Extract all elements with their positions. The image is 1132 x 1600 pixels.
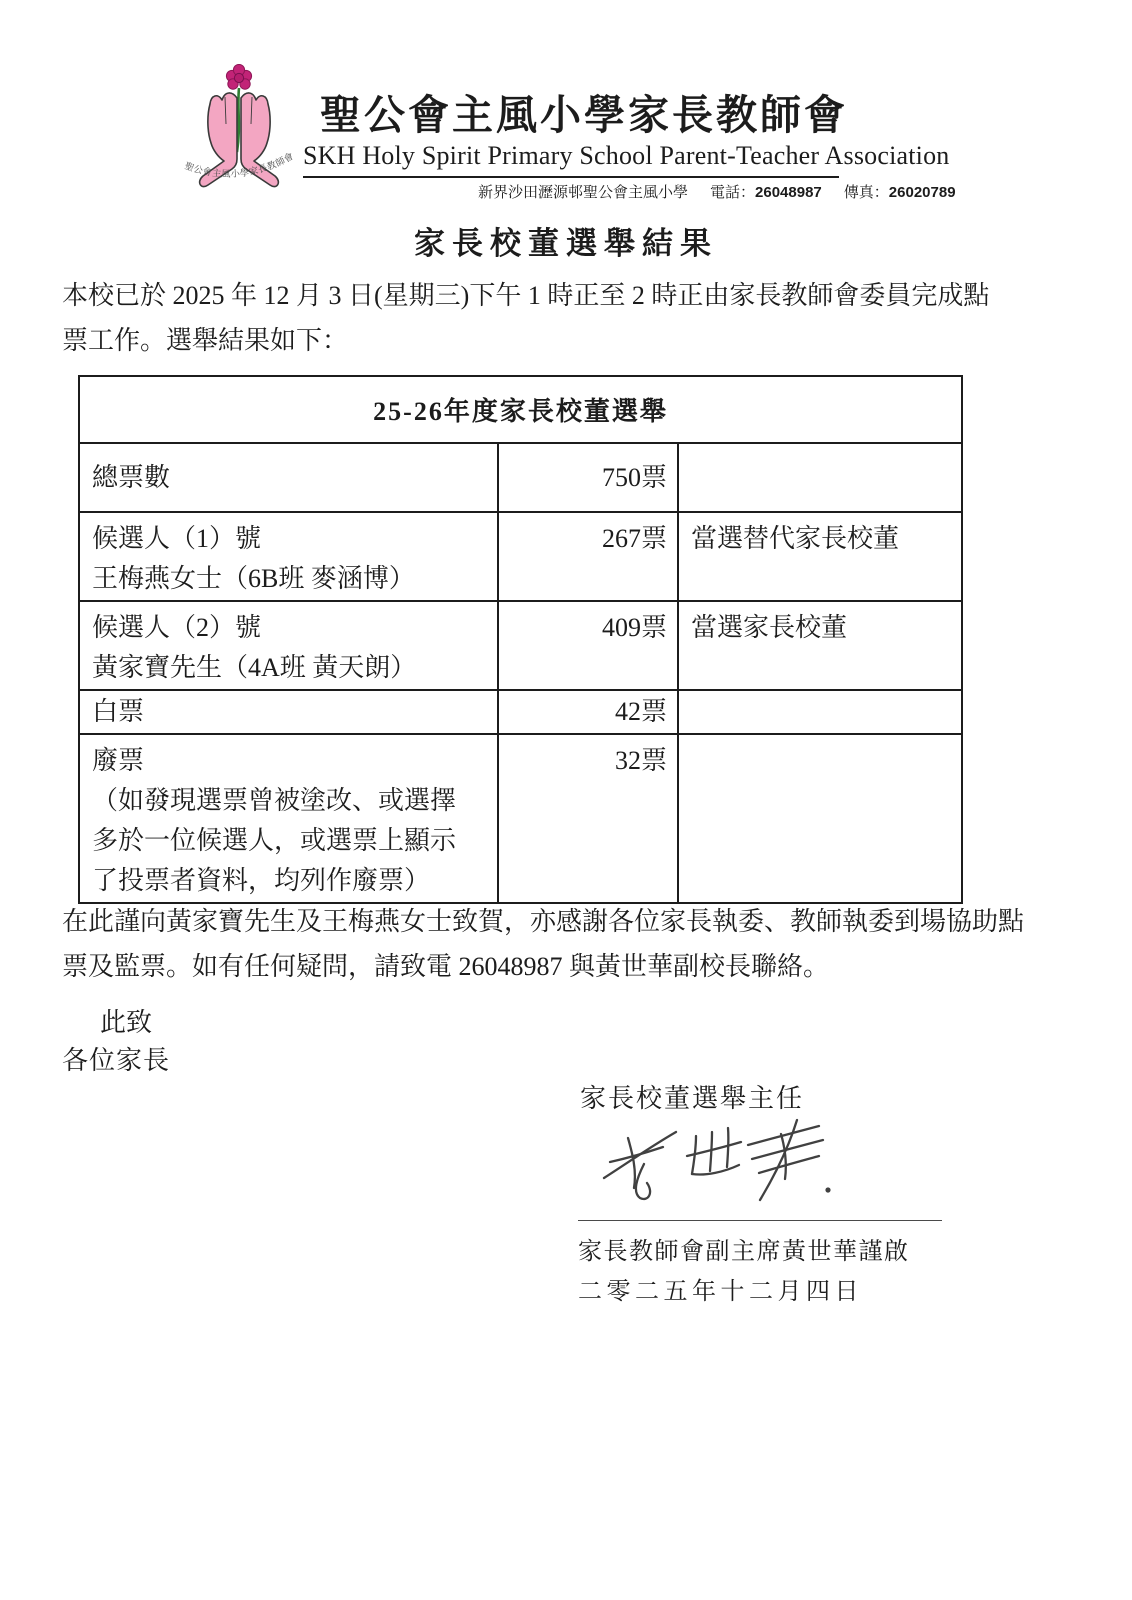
row-label: 白票: [79, 690, 498, 734]
row-votes: 42票: [498, 690, 678, 734]
candidate-name: 王梅燕女士（6B班 麥涵博）: [92, 559, 496, 599]
intro-line-2: 票工作。選舉結果如下：: [62, 318, 1072, 363]
table-row-candidate-2: 候選人（2）號 黃家寶先生（4A班 黃天朗） 409票 當選家長校董: [79, 601, 962, 690]
signature-title: 家長校董選舉主任: [580, 1078, 804, 1115]
election-results-table: 25-26年度家長校董選舉 總票數 750票 候選人（1）號 王梅燕女士（6B班…: [78, 375, 963, 904]
intro-paragraph: 本校已於 2025 年 12 月 3 日(星期三)下午 1 時正至 2 時正由家…: [62, 273, 1072, 363]
table-row-void-votes: 廢票 （如發現選票曾被塗改、或選擇 多於一位候選人，或選票上顯示 了投票者資料，…: [79, 734, 962, 903]
row-label: 總票數: [79, 443, 498, 512]
candidate-name: 黃家寶先生（4A班 黃天朗）: [92, 648, 496, 688]
row-votes: 267票: [498, 512, 678, 601]
void-votes-note-2: 多於一位候選人，或選票上顯示: [92, 821, 496, 861]
row-label: 候選人（2）號 黃家寶先生（4A班 黃天朗）: [79, 601, 498, 690]
org-name-en-underline: SKH Holy Spirit Primary School Parent-Te…: [303, 141, 839, 178]
addressee: 各位家長: [62, 1040, 170, 1077]
letter-date: 二零二五年十二月四日: [578, 1271, 863, 1306]
row-result: 當選替代家長校董: [678, 512, 962, 601]
table-header-row: 25-26年度家長校董選舉: [79, 376, 962, 443]
closing-paragraph: 在此謹向黃家寶先生及王梅燕女士致賀，亦感謝各位家長執委、教師執委到場協助點 票及…: [62, 899, 1072, 989]
handwritten-signature: [590, 1114, 842, 1212]
salute: 此致: [100, 1002, 152, 1039]
row-votes: 409票: [498, 601, 678, 690]
table-row-blank-votes: 白票 42票: [79, 690, 962, 734]
intro-line-1: 本校已於 2025 年 12 月 3 日(星期三)下午 1 時正至 2 時正由家…: [62, 273, 1072, 318]
fax-label: 傳真：: [844, 181, 889, 202]
row-label: 候選人（1）號 王梅燕女士（6B班 麥涵博）: [79, 512, 498, 601]
row-result: [678, 690, 962, 734]
address-contact-line: 新界沙田瀝源邨聖公會主風小學 電話： 26048987 傳真： 26020789: [478, 181, 956, 202]
void-votes-note-3: 了投票者資料，均列作廢票）: [92, 861, 496, 901]
tel-number: 26048987: [755, 184, 822, 201]
org-name-en: SKH Holy Spirit Primary School Parent-Te…: [303, 141, 949, 170]
table-row-candidate-1: 候選人（1）號 王梅燕女士（6B班 麥涵博） 267票 當選替代家長校董: [79, 512, 962, 601]
logo-arc-text: 聖公會主風小學家長教師會: [183, 150, 295, 179]
flower-icon: [226, 64, 251, 89]
row-votes: 750票: [498, 443, 678, 512]
row-label: 廢票 （如發現選票曾被塗改、或選擇 多於一位候選人，或選票上顯示 了投票者資料，…: [79, 734, 498, 903]
candidate-number: 候選人（2）號: [92, 608, 496, 648]
signer-name: 家長教師會副主席黃世華謹啟: [578, 1231, 910, 1266]
school-address: 新界沙田瀝源邨聖公會主風小學: [478, 181, 688, 202]
tel-label: 電話：: [710, 181, 755, 202]
row-result: [678, 443, 962, 512]
closing-line-2: 票及監票。如有任何疑問，請致電 26048987 與黃世華副校長聯絡。: [62, 944, 1072, 989]
table-title: 25-26年度家長校董選舉: [79, 376, 962, 443]
table-row-total: 總票數 750票: [79, 443, 962, 512]
candidate-number: 候選人（1）號: [92, 519, 496, 559]
fax-number: 26020789: [889, 184, 956, 201]
row-result: 當選家長校董: [678, 601, 962, 690]
row-result: [678, 734, 962, 903]
void-votes-note-1: （如發現選票曾被塗改、或選擇: [92, 781, 496, 821]
row-votes: 32票: [498, 734, 678, 903]
letter-page: 聖公會主風小學家長教師會 聖公會主風小學家長教師會 SKH Holy Spiri…: [0, 0, 1132, 1600]
void-votes-label: 廢票: [92, 741, 496, 781]
document-title: 家長校董選舉結果: [0, 218, 1132, 263]
signature-period-dot: [825, 1187, 830, 1192]
org-name-zh: 聖公會主風小學家長教師會: [320, 82, 848, 141]
pta-logo: 聖公會主風小學家長教師會: [179, 64, 299, 198]
signature-line: [578, 1200, 942, 1221]
closing-line-1: 在此謹向黃家寶先生及王梅燕女士致賀，亦感謝各位家長執委、教師執委到場協助點: [62, 899, 1072, 944]
